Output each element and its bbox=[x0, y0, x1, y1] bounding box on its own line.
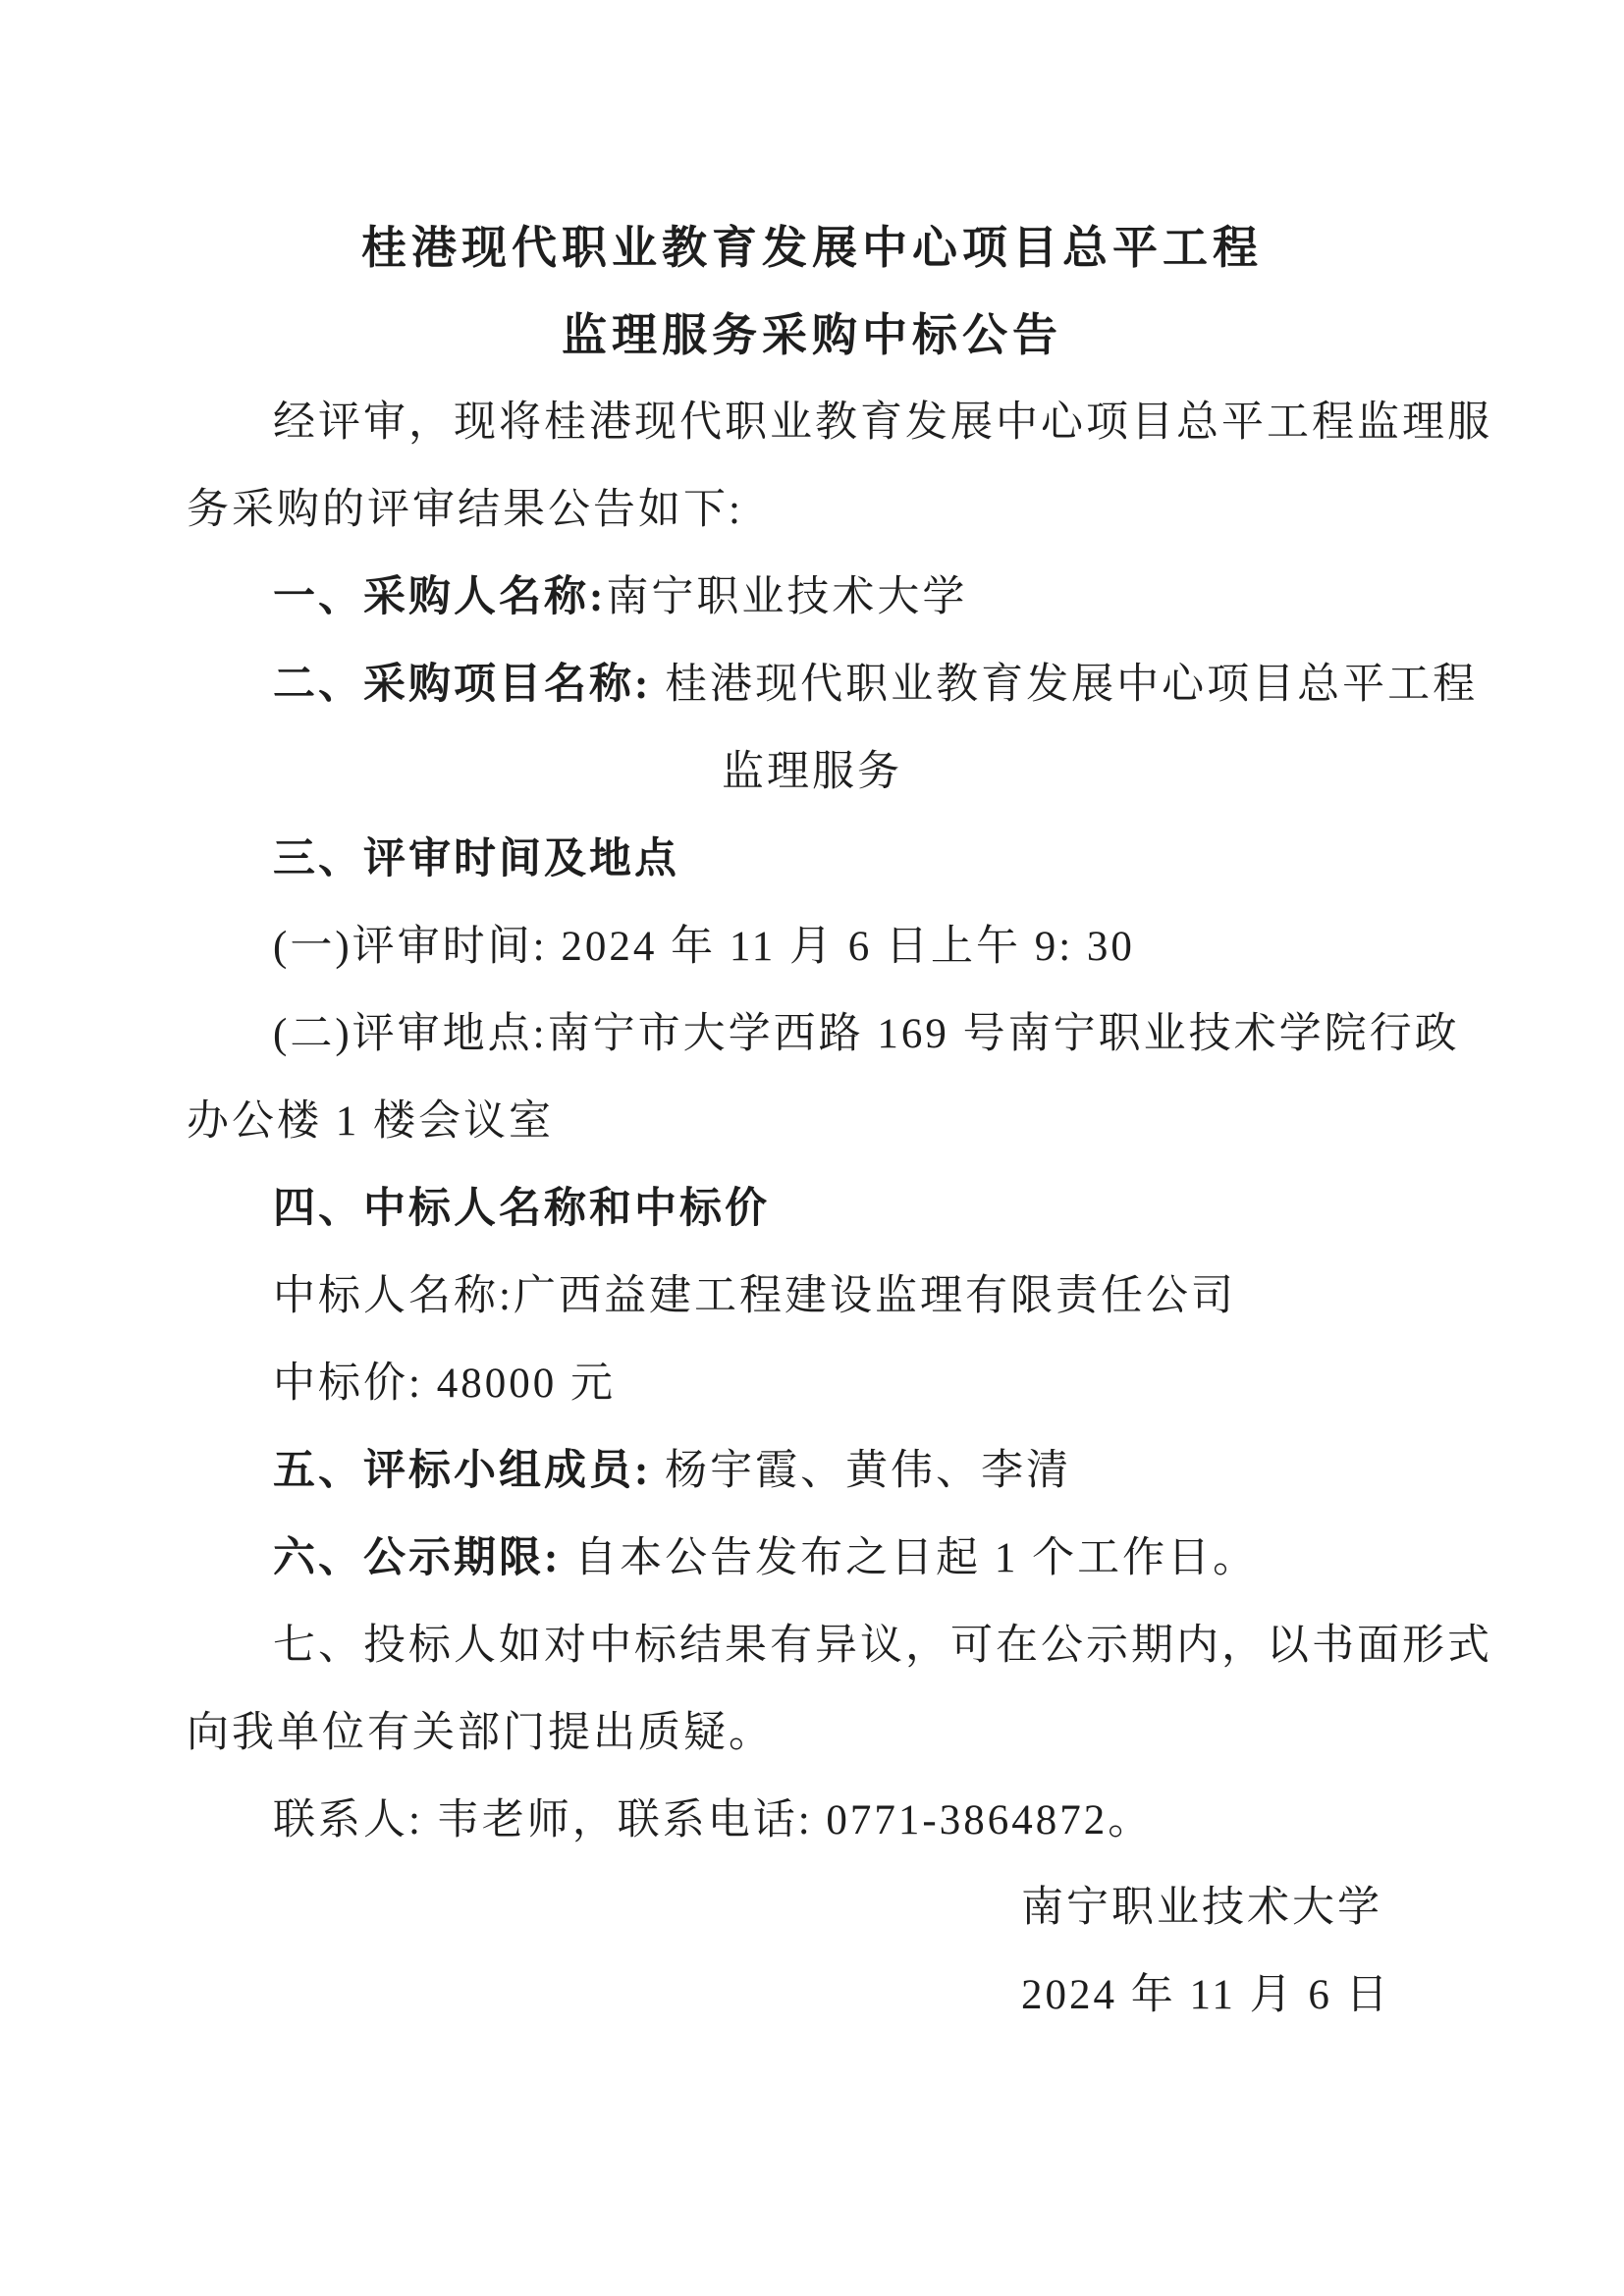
price-line: 中标价: 48000 元 bbox=[187, 1340, 1437, 1427]
document-title-line-2: 监理服务采购中标公告 bbox=[187, 292, 1437, 379]
buyer-label: 一、采购人名称: bbox=[273, 574, 606, 620]
winner-line: 中标人名称:广西益建工程建设监理有限责任公司 bbox=[187, 1253, 1437, 1340]
project-label: 二、采购项目名称: bbox=[273, 662, 651, 708]
signature-date: 2024 年 11 月 6 日 bbox=[187, 1951, 1437, 2039]
panel-line: 五、评标小组成员: 杨宇霞、黄伟、李清 bbox=[187, 1427, 1437, 1515]
objection-line-1: 七、投标人如对中标结果有异议，可在公示期内，以书面形式 bbox=[187, 1602, 1437, 1689]
project-name: 桂港现代职业教育发展中心项目总平工程 bbox=[651, 662, 1478, 708]
review-place-line-1: (二)评审地点:南宁市大学西路 169 号南宁职业技术学院行政 bbox=[187, 990, 1437, 1078]
buyer-line: 一、采购人名称:南宁职业技术大学 bbox=[187, 554, 1437, 641]
project-line: 二、采购项目名称: 桂港现代职业教育发展中心项目总平工程 bbox=[187, 641, 1437, 728]
section-3-heading: 三、评审时间及地点 bbox=[187, 816, 1437, 903]
review-place-line-2: 办公楼 1 楼会议室 bbox=[187, 1078, 1437, 1165]
section-4-heading: 四、中标人名称和中标价 bbox=[187, 1165, 1437, 1253]
panel-members: 杨宇霞、黄伟、李清 bbox=[651, 1448, 1071, 1494]
document-content: 桂港现代职业教育发展中心项目总平工程 监理服务采购中标公告 经评审，现将桂港现代… bbox=[0, 0, 1624, 2039]
project-name-continuation: 监理服务 bbox=[187, 728, 1437, 816]
contact-line: 联系人: 韦老师，联系电话: 0771-3864872。 bbox=[187, 1777, 1437, 1864]
objection-line-2: 向我单位有关部门提出质疑。 bbox=[187, 1689, 1437, 1777]
buyer-name: 南宁职业技术大学 bbox=[606, 574, 967, 620]
publicity-label: 六、公示期限: bbox=[273, 1535, 561, 1581]
panel-label: 五、评标小组成员: bbox=[273, 1448, 651, 1494]
document-page: 桂港现代职业教育发展中心项目总平工程 监理服务采购中标公告 经评审，现将桂港现代… bbox=[0, 0, 1624, 2296]
publicity-period: 自本公告发布之日起 1 个工作日。 bbox=[561, 1535, 1258, 1581]
signature-org: 南宁职业技术大学 bbox=[187, 1864, 1437, 1951]
document-title-line-1: 桂港现代职业教育发展中心项目总平工程 bbox=[187, 204, 1437, 292]
publicity-line: 六、公示期限: 自本公告发布之日起 1 个工作日。 bbox=[187, 1515, 1437, 1602]
intro-line-1: 经评审，现将桂港现代职业教育发展中心项目总平工程监理服 bbox=[187, 379, 1437, 466]
review-time-line: (一)评审时间: 2024 年 11 月 6 日上午 9: 30 bbox=[187, 903, 1437, 990]
intro-line-2: 务采购的评审结果公告如下: bbox=[187, 466, 1437, 554]
